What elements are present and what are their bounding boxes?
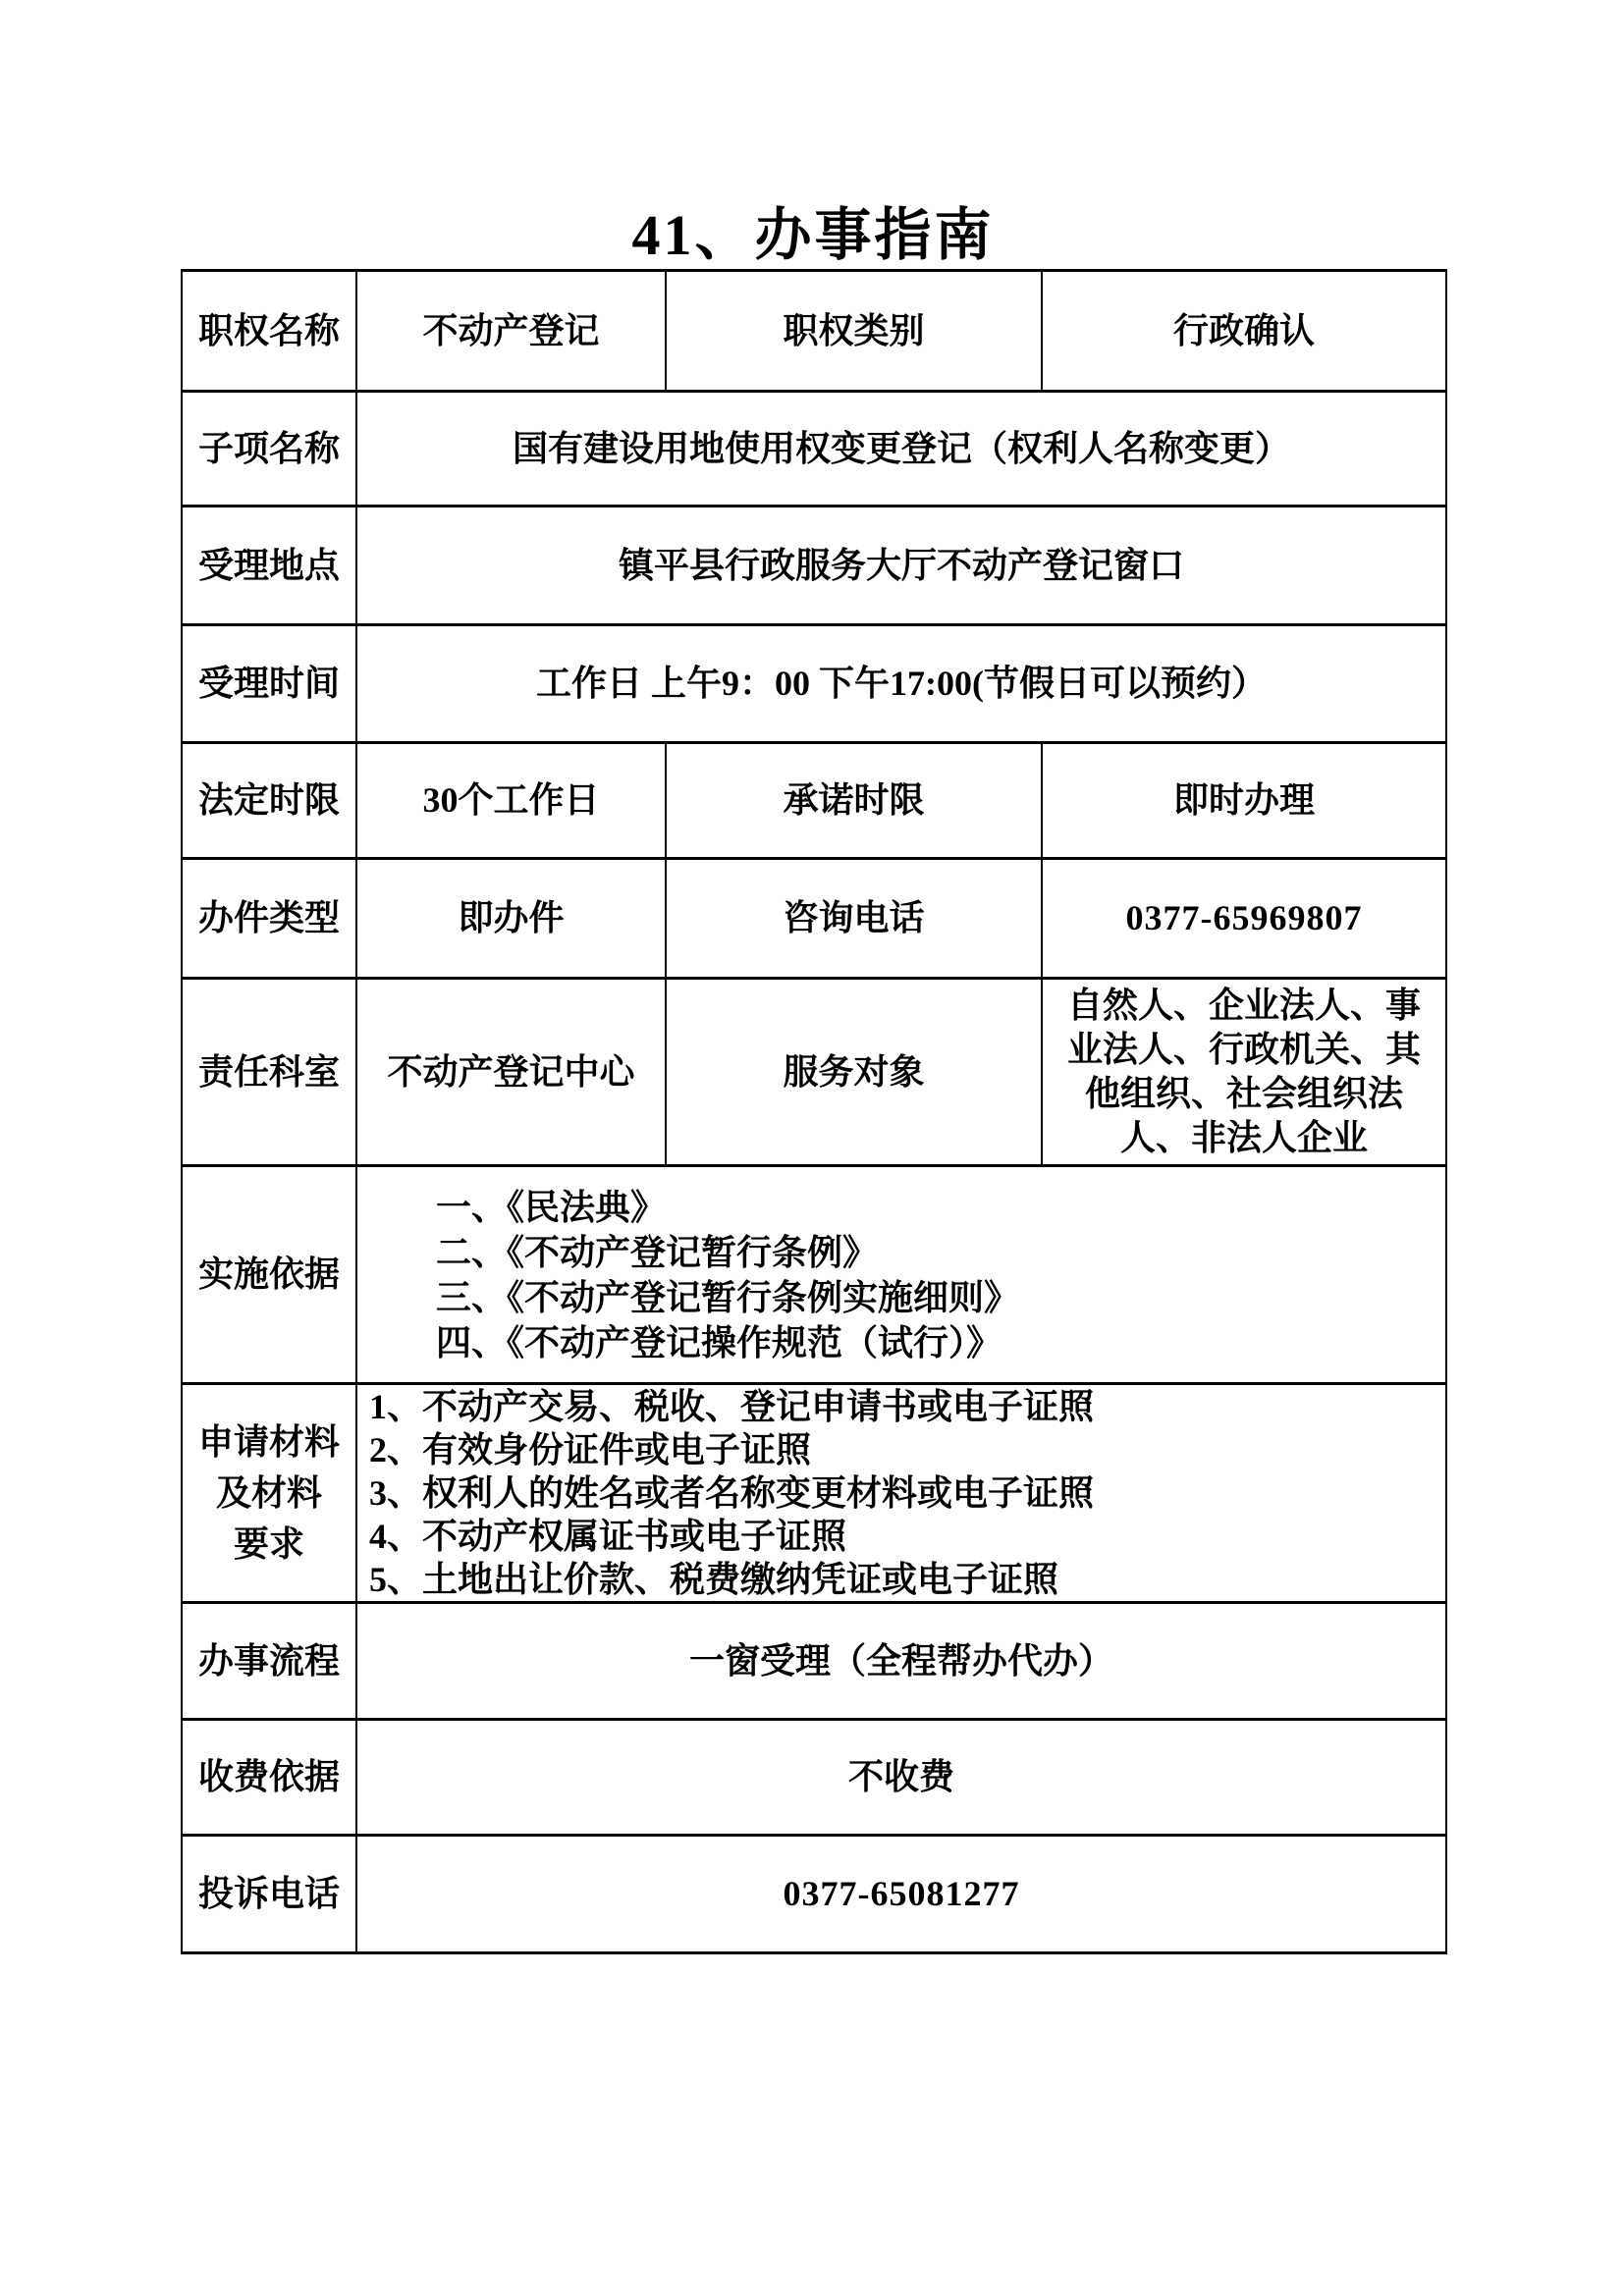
service-target-label: 服务对象 xyxy=(666,979,1042,1166)
consult-phone-value: 0377-65969807 xyxy=(1042,859,1446,979)
table-row: 受理地点 镇平县行政服务大厅不动产登记窗口 xyxy=(182,507,1446,625)
fee-basis-label: 收费依据 xyxy=(182,1720,356,1836)
authority-name-value: 不动产登记 xyxy=(356,271,666,392)
handle-type-value: 即办件 xyxy=(356,859,666,979)
service-guide-table: 职权名称 不动产登记 职权类别 行政确认 子项名称 国有建设用地使用权变更登记（… xyxy=(181,269,1447,1954)
table-row: 办事流程 一窗受理（全程帮办代办） xyxy=(182,1603,1446,1720)
implementation-basis-value: 一、《民法典》 二、《不动产登记暂行条例》 三、《不动产登记暂行条例实施细则》 … xyxy=(356,1166,1446,1384)
document-page: 41、办事指南 职权名称 不动产登记 职权类别 行政确认 子项名称 国有建设用地… xyxy=(0,0,1624,2296)
complaint-phone-label: 投诉电话 xyxy=(182,1836,356,1953)
responsible-dept-value: 不动产登记中心 xyxy=(356,979,666,1166)
promised-limit-value: 即时办理 xyxy=(1042,743,1446,859)
table-row: 子项名称 国有建设用地使用权变更登记（权利人名称变更） xyxy=(182,392,1446,507)
table-row: 收费依据 不收费 xyxy=(182,1720,1446,1836)
handle-type-label: 办件类型 xyxy=(182,859,356,979)
page-title: 41、办事指南 xyxy=(181,188,1445,271)
responsible-dept-label: 责任科室 xyxy=(182,979,356,1166)
process-value: 一窗受理（全程帮办代办） xyxy=(356,1603,1446,1720)
implementation-basis-label: 实施依据 xyxy=(182,1166,356,1384)
authority-type-label: 职权类别 xyxy=(666,271,1042,392)
service-target-value: 自然人、企业法人、事业法人、行政机关、其他组织、社会组织法人、非法人企业 xyxy=(1042,979,1446,1166)
table-row: 申请材料 及材料 要求 1、不动产交易、税收、登记申请书或电子证照 2、有效身份… xyxy=(182,1384,1446,1603)
statutory-limit-label: 法定时限 xyxy=(182,743,356,859)
authority-type-value: 行政确认 xyxy=(1042,271,1446,392)
promised-limit-label: 承诺时限 xyxy=(666,743,1042,859)
table-row: 办件类型 即办件 咨询电话 0377-65969807 xyxy=(182,859,1446,979)
accept-location-label: 受理地点 xyxy=(182,507,356,625)
accept-location-value: 镇平县行政服务大厅不动产登记窗口 xyxy=(356,507,1446,625)
subitem-name-label: 子项名称 xyxy=(182,392,356,507)
subitem-name-value: 国有建设用地使用权变更登记（权利人名称变更） xyxy=(356,392,1446,507)
authority-name-label: 职权名称 xyxy=(182,271,356,392)
process-label: 办事流程 xyxy=(182,1603,356,1720)
application-materials-label: 申请材料 及材料 要求 xyxy=(182,1384,356,1603)
statutory-limit-value: 30个工作日 xyxy=(356,743,666,859)
table-row: 法定时限 30个工作日 承诺时限 即时办理 xyxy=(182,743,1446,859)
table-row: 受理时间 工作日 上午9：00 下午17:00(节假日可以预约） xyxy=(182,625,1446,743)
accept-time-label: 受理时间 xyxy=(182,625,356,743)
application-materials-value: 1、不动产交易、税收、登记申请书或电子证照 2、有效身份证件或电子证照 3、权利… xyxy=(356,1384,1446,1603)
fee-basis-value: 不收费 xyxy=(356,1720,1446,1836)
accept-time-value: 工作日 上午9：00 下午17:00(节假日可以预约） xyxy=(356,625,1446,743)
complaint-phone-value: 0377-65081277 xyxy=(356,1836,1446,1953)
table-row: 责任科室 不动产登记中心 服务对象 自然人、企业法人、事业法人、行政机关、其他组… xyxy=(182,979,1446,1166)
consult-phone-label: 咨询电话 xyxy=(666,859,1042,979)
table-row: 实施依据 一、《民法典》 二、《不动产登记暂行条例》 三、《不动产登记暂行条例实… xyxy=(182,1166,1446,1384)
table-row: 投诉电话 0377-65081277 xyxy=(182,1836,1446,1953)
table-row: 职权名称 不动产登记 职权类别 行政确认 xyxy=(182,271,1446,392)
